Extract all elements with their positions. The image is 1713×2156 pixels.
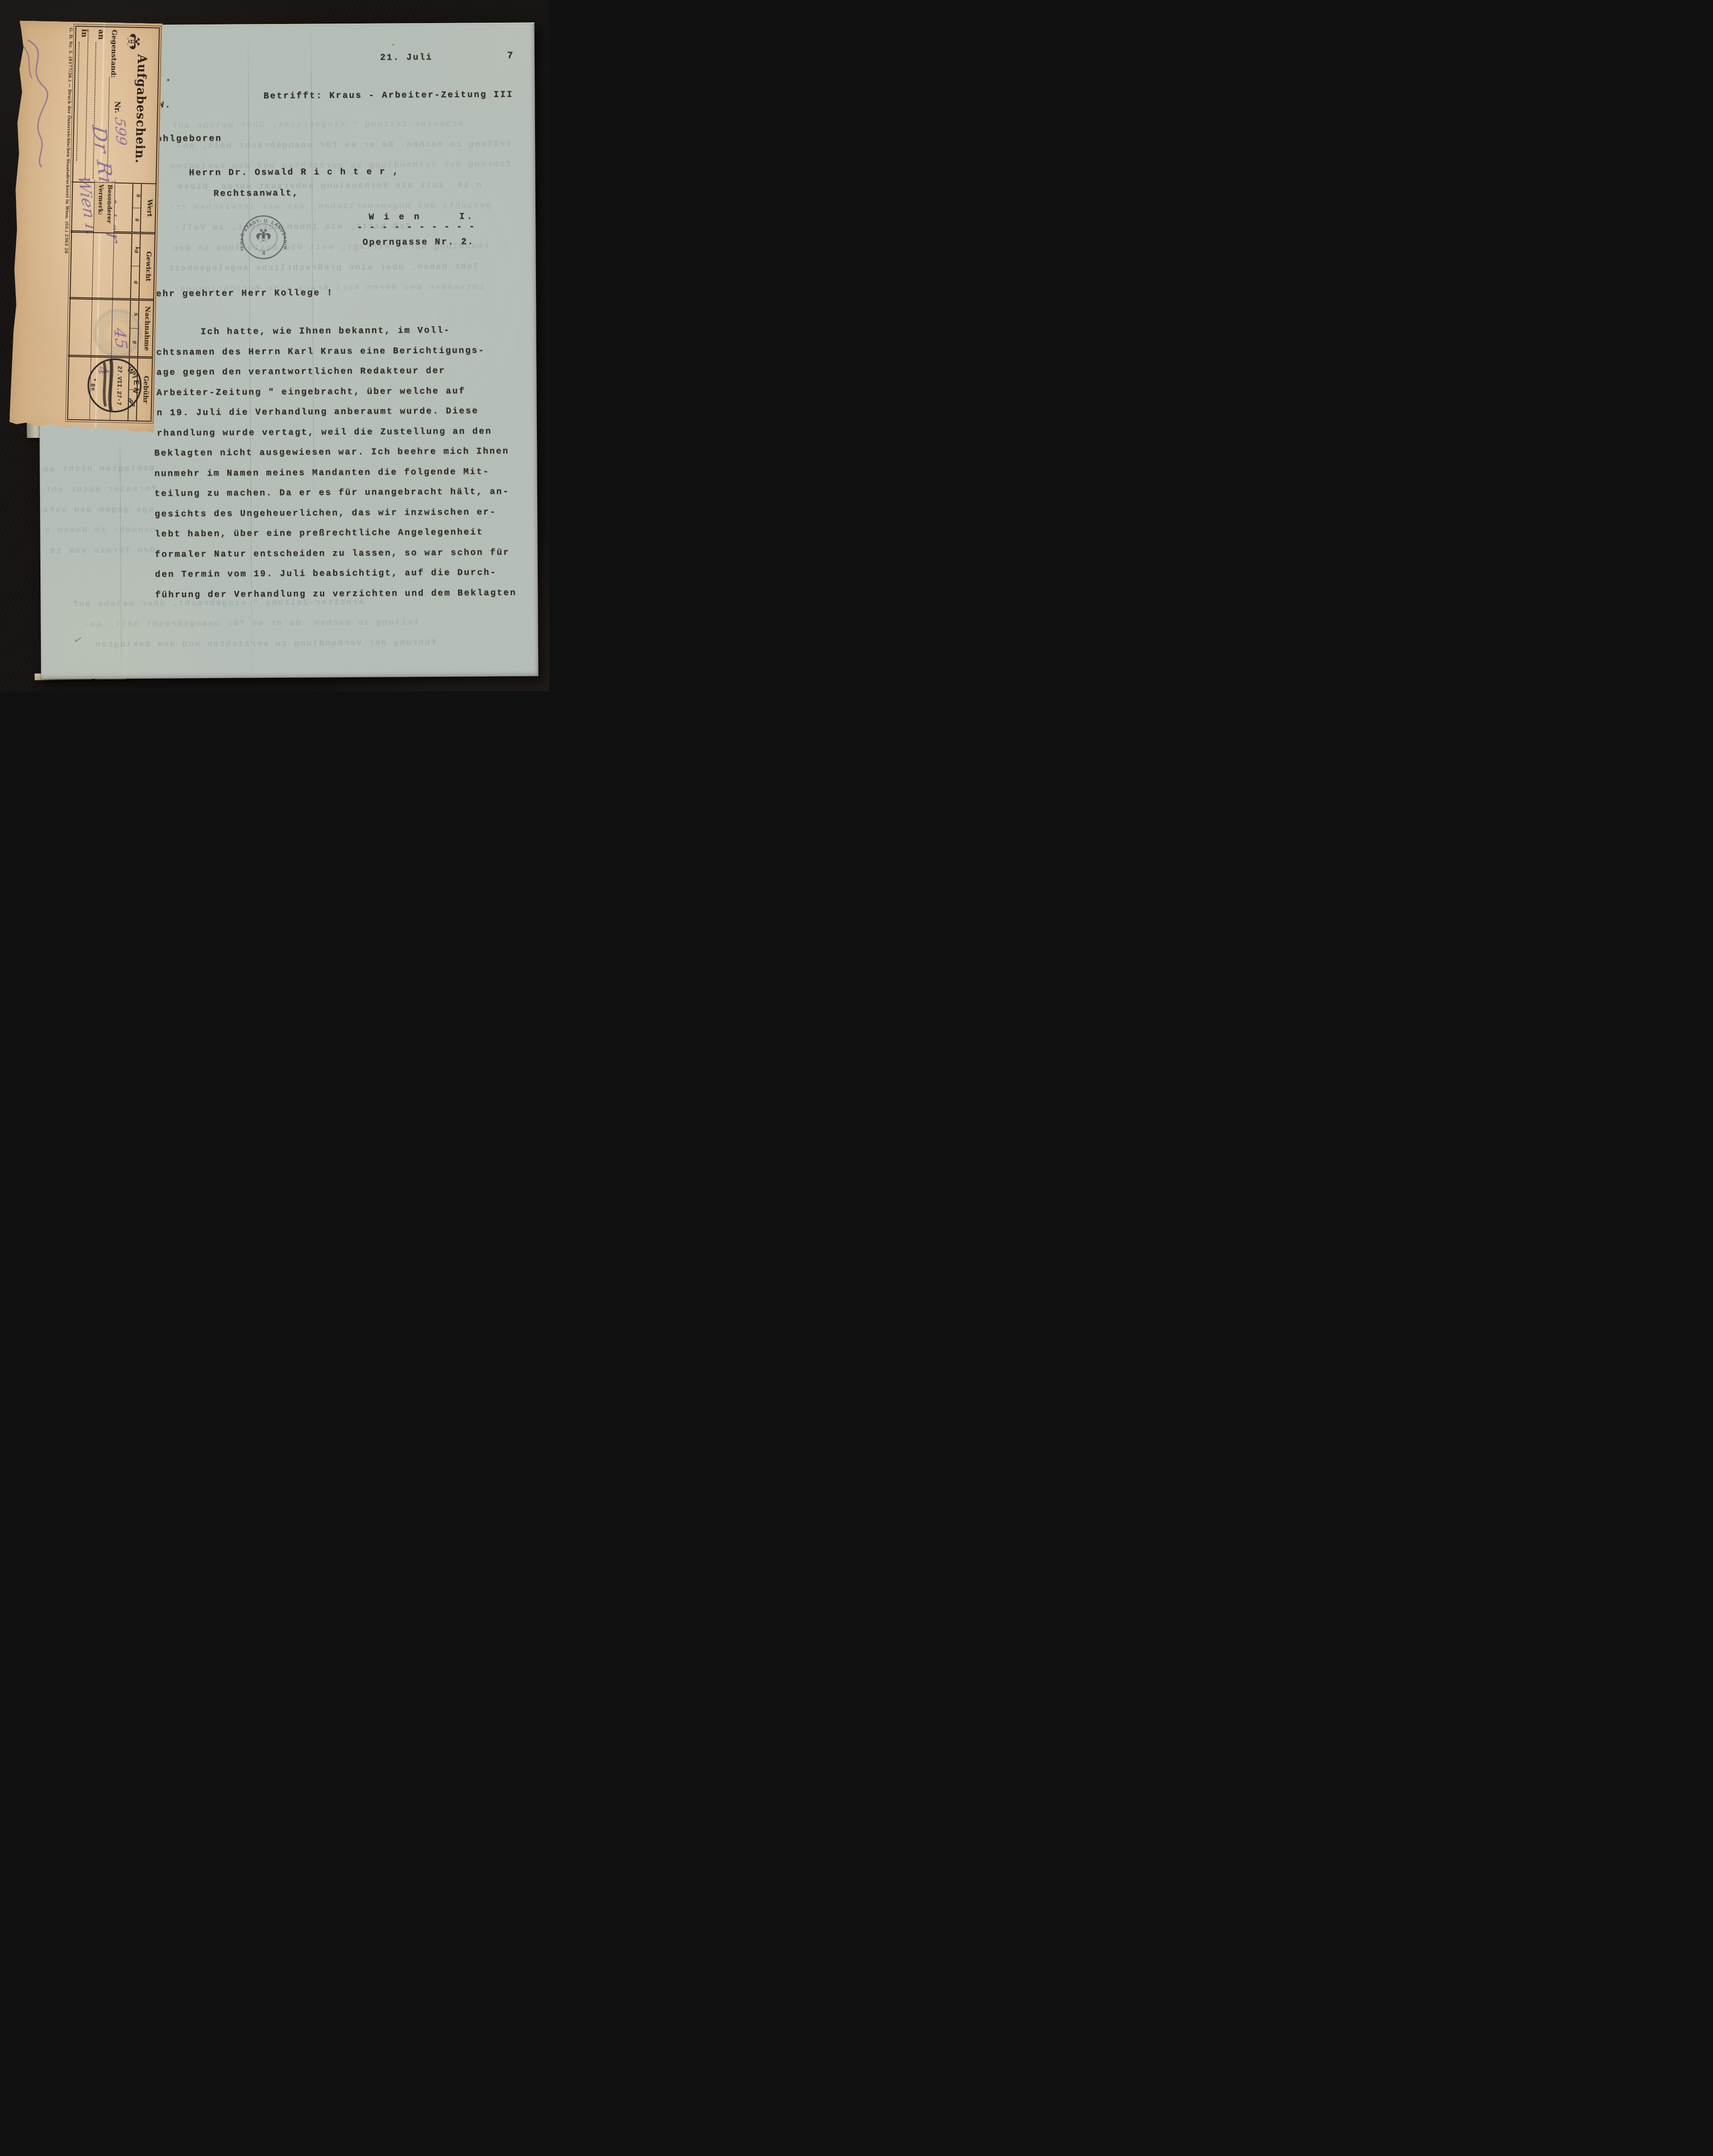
city-underline: - - - - - - - - - - xyxy=(357,222,475,233)
fee-subcolumn-label: g xyxy=(131,266,140,298)
body-line: Beklagten nicht ausgewiesen war. Ich bee… xyxy=(154,446,509,459)
body-line: age gegen den verantwortlichen Redakteur… xyxy=(156,366,445,378)
body-line: n 19. Juli die Verhandlung anberaumt wur… xyxy=(157,406,479,418)
object-label: Gegenstand: xyxy=(109,30,119,78)
recipient-line: Herrn Dr. Oswald R i c h t e r , xyxy=(189,167,399,178)
body-line: nunmehr im Namen meines Mandanten die fo… xyxy=(155,467,490,479)
bleed-through-line: Arbeiter-Zeitung " eingebracht, über wel… xyxy=(171,119,463,131)
double-eagle-icon xyxy=(124,32,144,51)
paper-speck xyxy=(167,79,169,81)
double-eagle-icon xyxy=(256,229,270,242)
bleed-through-line: gesichts des Ungeheuerlichen, das wir in… xyxy=(168,200,491,212)
body-line: formaler Natur entscheiden zu lassen, so… xyxy=(155,547,510,560)
handwritten-fee: 45 xyxy=(110,327,131,350)
address-wohlgeboren: ohlgeboren xyxy=(156,134,222,144)
fee-subcolumn-label: kg xyxy=(132,234,140,266)
date-line: 21. Juli xyxy=(380,52,433,63)
bleed-through-line: führung der Verhandlung zu verzichten un… xyxy=(94,638,436,650)
postmark-stamp: WIEN 8 27.VII.27-7 * 8e xyxy=(83,355,144,416)
bleed-through-line: nunmehr im Namen meines Mandanten die fo… xyxy=(44,525,155,536)
body-line: Ich hatte, wie Ihnen bekannt, im Voll- xyxy=(201,326,451,337)
pencil-squiggle xyxy=(17,36,57,171)
body-line: chtsnamen des Herrn Karl Kraus eine Beri… xyxy=(156,345,485,358)
receipt-title: Aufgabeschein. xyxy=(132,54,148,164)
salutation-line: ehr geehrter Herr Kollege ! xyxy=(156,288,333,299)
body-line: den Termin vom 19. Juli beabsichtigt, au… xyxy=(155,568,497,580)
fee-column-header: Wert xyxy=(140,184,157,232)
special-note-line1: Besonderer xyxy=(106,184,114,223)
postal-receipt-slip: Aufgabeschein. Nr. 599 Gegenstand: an in… xyxy=(9,20,163,433)
fee-subcolumn-label: S xyxy=(133,184,141,208)
fee-subcolumn-label: g xyxy=(133,207,141,232)
svg-text:* 8e: * 8e xyxy=(89,377,98,393)
city-line: W i e n I. xyxy=(369,211,474,222)
paper-speck xyxy=(393,44,394,46)
scan-background: Arbeiter-Zeitung " eingebracht, über wel… xyxy=(0,0,549,691)
body-line: rhandlung wurde vertagt, weil die Zustel… xyxy=(157,426,492,439)
handwritten-receipt-number: 599 xyxy=(111,116,130,147)
postmark-code: * 8e xyxy=(89,377,98,393)
library-stamp: WIENER STADT- U. LANDESBIBL. 4 xyxy=(240,214,287,261)
profession-line: Rechtsanwalt, xyxy=(214,188,299,199)
to-label: an xyxy=(96,29,105,40)
svg-text:WIEN 8: WIEN 8 xyxy=(124,365,141,406)
bleed-through-line: formaler Natur entscheiden zu lassen, so… xyxy=(44,484,156,495)
fee-column-header: Gewicht xyxy=(139,234,156,299)
bleed-through-line: den Termin vom 19. Juli beabsichtigt, au… xyxy=(43,545,155,556)
postmark-date: 27.VII.27-7 xyxy=(115,365,123,405)
in-field-line xyxy=(76,42,79,161)
body-line: gesichts des Ungeheuerlichen, das wir in… xyxy=(155,507,496,520)
body-line: führung der Verhandlung zu verzichten un… xyxy=(155,588,516,600)
receipt-number-label: Nr. xyxy=(113,101,122,114)
pencil-checkmark: ✓ xyxy=(72,633,84,647)
special-note-line2: Vermerk: xyxy=(97,184,104,215)
page-number: 7 xyxy=(507,50,514,61)
bleed-through-line: teilung zu machen. Da er es für unangebr… xyxy=(83,617,419,629)
special-note-label: Besonderer Vermerk: xyxy=(94,183,115,233)
bleed-through-line: Beklagten nicht ausgewiesen war. Ich bee… xyxy=(43,464,155,474)
bleed-through-line: lebt haben, über eine preßrechtliche Ang… xyxy=(167,262,478,273)
bleed-through-line: age gegen den verantwortlichen Redakteur… xyxy=(42,504,154,515)
paper-crease xyxy=(119,434,122,679)
bleed-through-line: teilung zu machen. Da er es für unangebr… xyxy=(175,139,511,151)
street-line: Operngasse Nr. 2. xyxy=(362,237,474,248)
library-stamp-number: 4 xyxy=(262,250,265,256)
body-line: teilung zu machen. Da er es für unangebr… xyxy=(155,487,509,499)
subject-line: Betrifft: Kraus - Arbeiter-Zeitung III xyxy=(263,90,513,101)
body-line: lebt haben, über eine preßrechtliche Ang… xyxy=(155,527,483,540)
to-field-line xyxy=(85,29,89,179)
body-line: Arbeiter-Zeitung " eingebracht, über wel… xyxy=(157,386,466,398)
in-label: in xyxy=(79,29,88,37)
postmark-city: WIEN 8 xyxy=(124,365,141,406)
